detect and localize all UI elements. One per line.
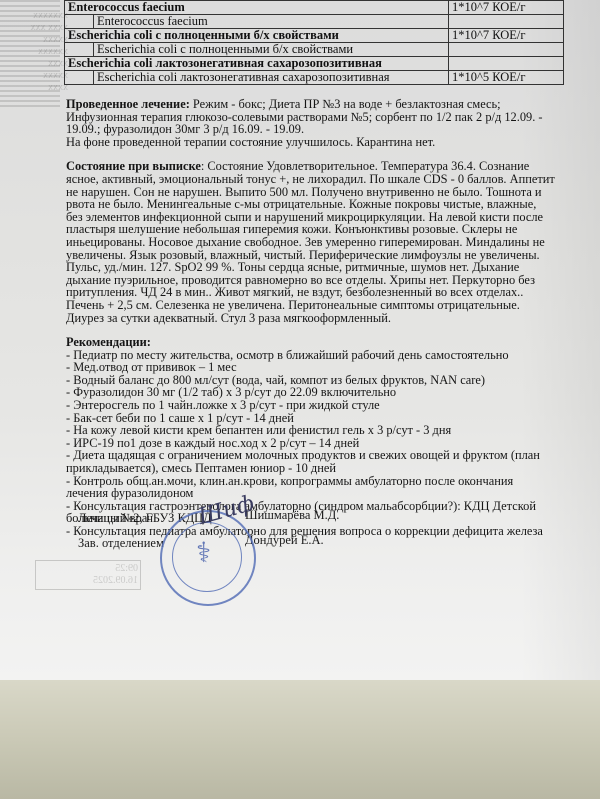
- recommendation-item: - Контроль общ.ан.мочи, клин.ан.крови, к…: [66, 475, 556, 500]
- organism-name: Escherichia coli лактозонегативная сахар…: [94, 71, 449, 85]
- cfu-value: [449, 43, 564, 57]
- bleed-through-text: ххххххххххх ххххххххххххххххххххххххххх: [18, 10, 68, 94]
- doctor-label: Лечащий врач: [78, 511, 153, 526]
- cfu-value: 1*10^5 КОЕ/г: [449, 71, 564, 85]
- microbiology-table: Enterococcus faecium1*10^7 КОЕ/гEnteroco…: [64, 0, 564, 85]
- table-row: Enterococcus faecium: [65, 15, 564, 29]
- head-name: Дондурей Е.А.: [245, 533, 324, 548]
- organism-name: Enterococcus faecium: [65, 1, 449, 15]
- discharge-content: Проведенное лечение: Режим - бокс; Диета…: [66, 98, 556, 538]
- discharge-text: : Состояние Удовлетворительное. Температ…: [66, 159, 555, 324]
- document-page: ххххххххххх ххххххххххххххххххххххххххх …: [0, 0, 600, 680]
- ghost-time: 09:25: [38, 563, 138, 575]
- recommendation-item: - Диета щадящая с ограничением молочных …: [66, 449, 556, 474]
- doctor-name: Шишмарёва М.Д.: [245, 508, 339, 523]
- caduceus-icon: ⚕: [196, 540, 211, 568]
- discharge-section: Состояние при выписке: Состояние Удовлет…: [66, 160, 556, 324]
- indent-cell: [65, 15, 94, 29]
- table-group-row: Escherichia coli лактозонегативная сахар…: [65, 57, 564, 71]
- cfu-value: 1*10^7 КОЕ/г: [449, 1, 564, 15]
- ghost-date: 16.09.2025: [38, 575, 138, 587]
- bleed-through-table: 09:25 16.09.2025: [35, 560, 141, 590]
- organism-name: Escherichia coli лактозонегативная сахар…: [65, 57, 449, 71]
- treatment-result: На фоне проведенной терапии состояние ул…: [66, 136, 556, 149]
- treatment-section: Проведенное лечение: Режим - бокс; Диета…: [66, 98, 556, 136]
- organism-name: Enterococcus faecium: [94, 15, 449, 29]
- recommendations-label: Рекомендации:: [66, 336, 556, 349]
- recommendation-item: - Мед.отвод от прививок – 1 мес: [66, 361, 556, 374]
- organism-name: Escherichia coli с полноценными б/х свой…: [65, 29, 449, 43]
- recommendation-item: - На кожу левой кисти крем бепантен или …: [66, 424, 556, 437]
- cfu-value: [449, 57, 564, 71]
- cfu-value: [449, 15, 564, 29]
- indent-cell: [65, 43, 94, 57]
- table-row: Escherichia coli лактозонегативная сахар…: [65, 71, 564, 85]
- head-label: Зав. отделением: [78, 536, 164, 551]
- organism-name: Escherichia coli с полноценными б/х свой…: [94, 43, 449, 57]
- table-group-row: Escherichia coli с полноценными б/х свой…: [65, 29, 564, 43]
- indent-cell: [65, 71, 94, 85]
- cfu-value: 1*10^7 КОЕ/г: [449, 29, 564, 43]
- table-row: Escherichia coli с полноценными б/х свой…: [65, 43, 564, 57]
- table-group-row: Enterococcus faecium1*10^7 КОЕ/г: [65, 1, 564, 15]
- desk-surface: [0, 680, 600, 799]
- recommendation-item: - Энтеросгель по 1 чайн.ложке х 3 р/сут …: [66, 399, 556, 412]
